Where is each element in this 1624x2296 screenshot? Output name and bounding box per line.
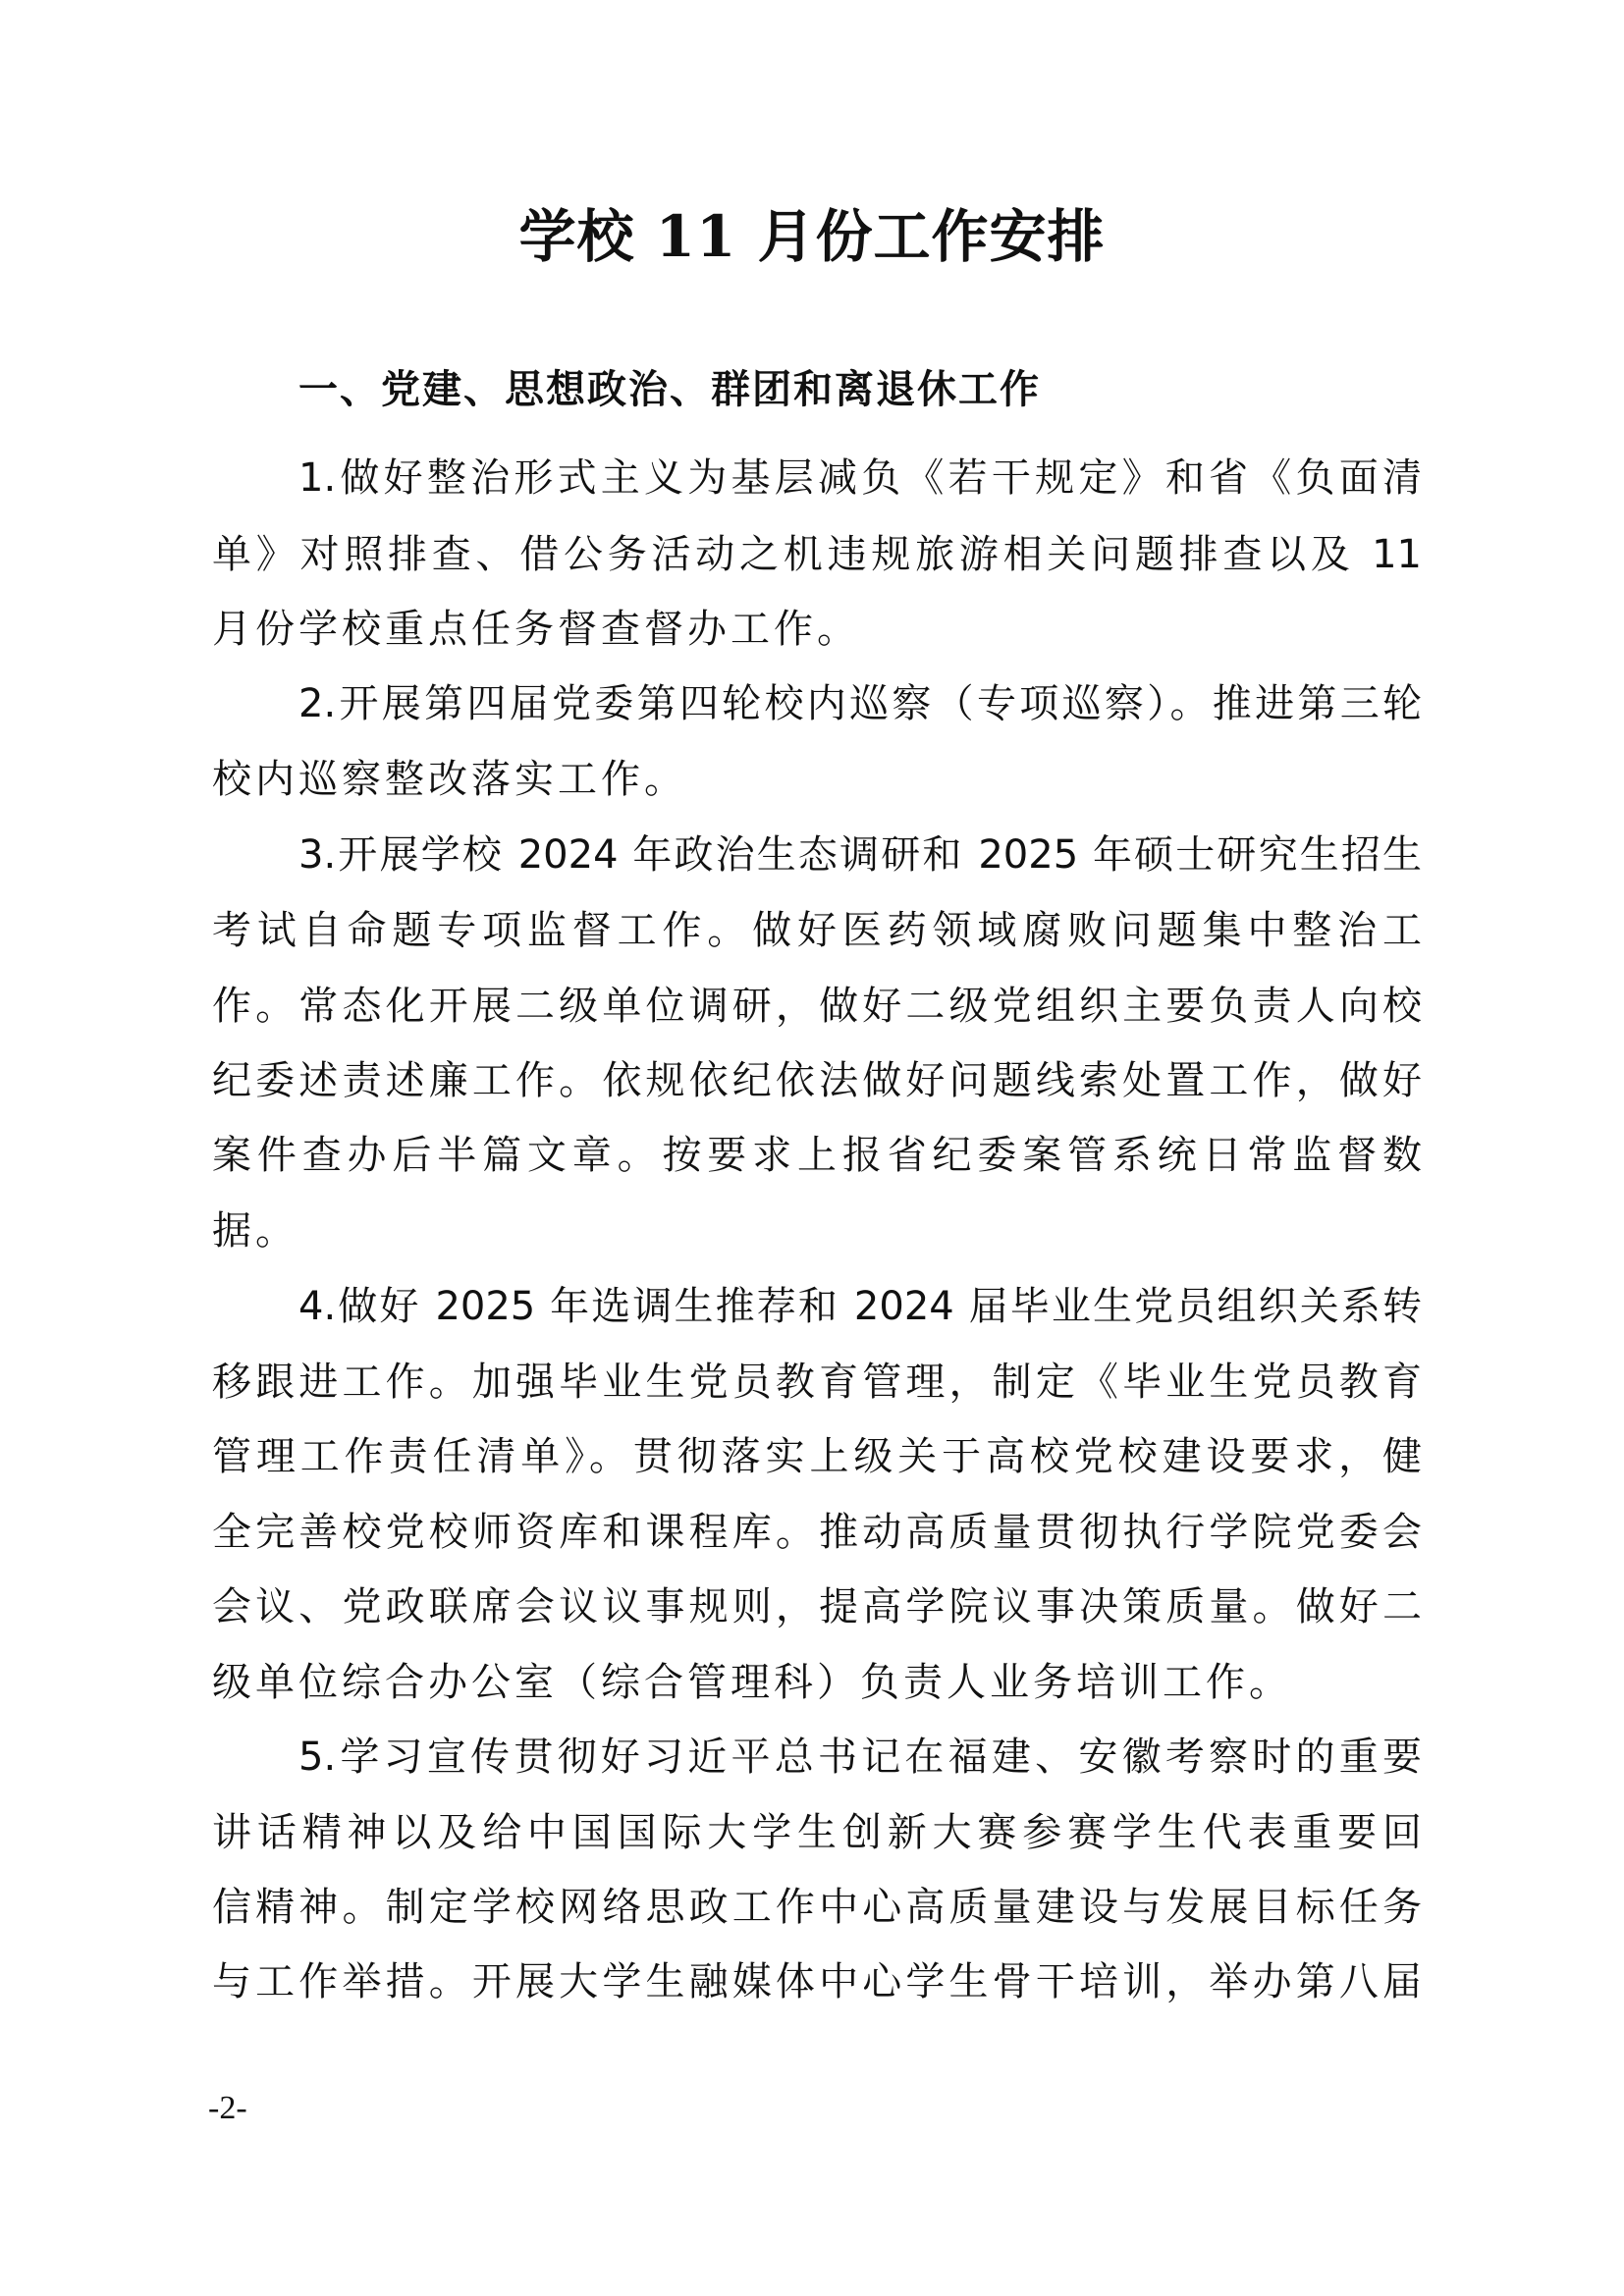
paragraph-line: 全完善校党校师资库和课程库。推动高质量贯彻执行学院党委会 [212, 1508, 1422, 1557]
paragraph-line: 管理工作责任清单》。贯彻落实上级关于高校党校建设要求，健 [212, 1432, 1422, 1481]
document-title: 学校 11 月份工作安排 [0, 202, 1624, 271]
paragraph-line: 据。 [212, 1206, 1422, 1255]
page-number: -2- [208, 2089, 247, 2128]
paragraph-line: 会议、党政联席会议议事规则，提高学院议事决策质量。做好二 [212, 1582, 1422, 1631]
document-page: 学校 11 月份工作安排 一、党建、思想政治、群团和离退休工作 1.做好整治形式… [0, 0, 1624, 2296]
paragraph-line: 单》对照排查、借公务活动之机违规旅游相关问题排查以及 11 [212, 530, 1422, 579]
paragraph-line: 月份学校重点任务督查督办工作。 [212, 605, 1422, 654]
paragraph-line: 1.做好整治形式主义为基层减负《若干规定》和省《负面清 [298, 454, 1422, 503]
paragraph-line: 校内巡察整改落实工作。 [212, 755, 1422, 804]
paragraph-line: 3.开展学校 2024 年政治生态调研和 2025 年硕士研究生招生 [298, 830, 1422, 880]
paragraph-line: 移跟进工作。加强毕业生党员教育管理，制定《毕业生党员教育 [212, 1358, 1422, 1407]
paragraph-line: 5.学习宣传贯彻好习近平总书记在福建、安徽考察时的重要 [298, 1733, 1422, 1782]
paragraph-line: 讲话精神以及给中国国际大学生创新大赛参赛学生代表重要回 [212, 1808, 1422, 1857]
paragraph-line: 2.开展第四届党委第四轮校内巡察（专项巡察）。推进第三轮 [298, 679, 1422, 728]
paragraph-line: 纪委述责述廉工作。依规依纪依法做好问题线索处置工作，做好 [212, 1056, 1422, 1105]
paragraph-line: 信精神。制定学校网络思政工作中心高质量建设与发展目标任务 [212, 1883, 1422, 1932]
paragraph-line: 考试自命题专项监督工作。做好医药领域腐败问题集中整治工 [212, 906, 1422, 955]
section-heading: 一、党建、思想政治、群团和离退休工作 [298, 365, 1041, 414]
paragraph-line: 4.做好 2025 年选调生推荐和 2024 届毕业生党员组织关系转 [298, 1282, 1422, 1331]
paragraph-line: 案件查办后半篇文章。按要求上报省纪委案管系统日常监督数 [212, 1131, 1422, 1180]
paragraph-line: 与工作举措。开展大学生融媒体中心学生骨干培训，举办第八届 [212, 1957, 1422, 2006]
paragraph-line: 级单位综合办公室（综合管理科）负责人业务培训工作。 [212, 1658, 1422, 1707]
paragraph-line: 作。常态化开展二级单位调研，做好二级党组织主要负责人向校 [212, 982, 1422, 1031]
